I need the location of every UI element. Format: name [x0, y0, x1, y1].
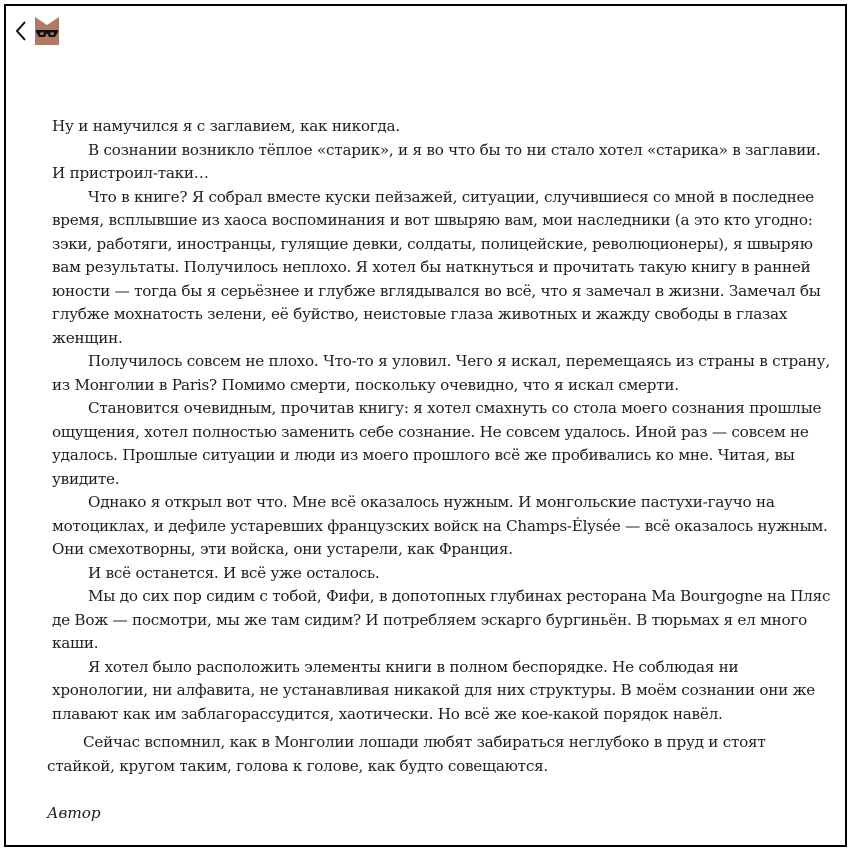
closing-paragraph: Сейчас вспомнил, как в Монголии лошади л… [47, 731, 837, 778]
paragraph: Что в книге? Я собрал вместе куски пейза… [52, 186, 834, 351]
author-signature: Автор [47, 802, 101, 825]
closing-section: Сейчас вспомнил, как в Монголии лошади л… [47, 731, 837, 778]
top-bar [14, 15, 62, 47]
paragraph: Я хотел было расположить элементы книги … [52, 656, 834, 727]
masked-cat-logo-icon [32, 16, 62, 46]
back-button[interactable] [14, 18, 28, 44]
paragraph: Однако я открыл вот что. Мне всё оказало… [52, 491, 834, 562]
paragraph: И всё останется. И всё уже осталось. [52, 562, 834, 586]
paragraph: Ну и намучился я с заглавием, как никогд… [52, 115, 834, 139]
paragraph: Мы до сих пор сидим с тобой, Фифи, в доп… [52, 585, 834, 656]
paragraph: Становится очевидным, прочитав книгу: я … [52, 397, 834, 491]
paragraph: В сознании возникло тёплое «старик», и я… [52, 139, 834, 186]
chevron-left-icon [15, 20, 27, 42]
document-body: Ну и намучился я с заглавием, как никогд… [52, 115, 834, 726]
paragraph: Получилось совсем не плохо. Что-то я уло… [52, 350, 834, 397]
